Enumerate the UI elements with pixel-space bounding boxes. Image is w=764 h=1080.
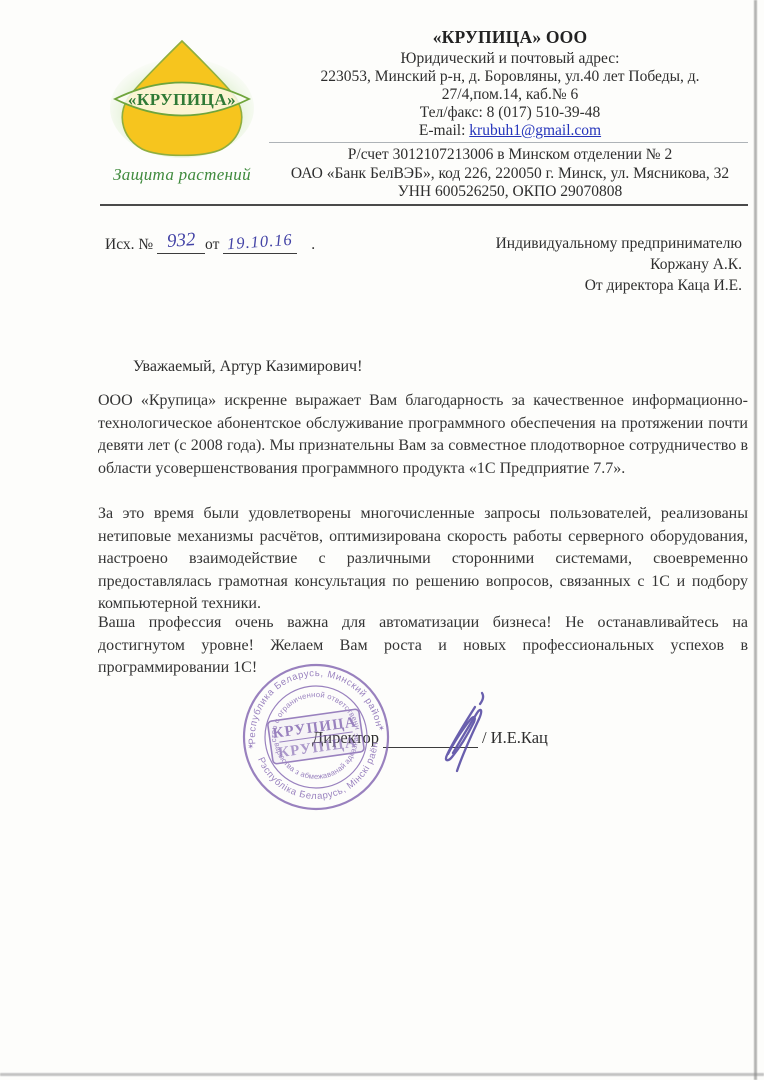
letterhead-contacts: «КРУПИЦА» ООО Юридический и почтовый адр… [272, 27, 748, 140]
ref-ot: от [205, 236, 219, 253]
company-stamp: Республика Беларусь, Минский район Рэспу… [233, 654, 399, 820]
scanned-letter-page: { "letterhead": { "logo_name": "«КРУПИЦА… [0, 0, 764, 1080]
salutation: Уважаемый, Артур Казимирович! [100, 358, 748, 376]
address-line-2: 27/4,пом.14, каб.№ 6 [272, 86, 748, 104]
body-paragraph-2: За это время были удовлетворены многочис… [98, 503, 748, 616]
company-logo: «КРУПИЦА» Защита растений [106, 36, 258, 185]
email-link[interactable]: krubuh1@gmail.com [469, 122, 601, 139]
stamp-star-right-icon: ✶ [377, 723, 385, 733]
recipient-line-2: Коржану А.К. [496, 254, 742, 275]
body-paragraph-3: Ваша профессия очень важна для автоматиз… [98, 612, 748, 680]
email-line: E-mail: krubuh1@gmail.com [272, 122, 748, 140]
header-divider-thin [269, 142, 748, 143]
ref-period: . [311, 236, 315, 253]
recipient-line-1: Индивидуальному предпринимателю [496, 233, 742, 254]
logo-wordmark: «КРУПИЦА» [128, 90, 236, 109]
header-divider-bold [100, 204, 748, 206]
ref-number-blank: 932 [157, 230, 205, 254]
outgoing-reference-line: Исх. № 932от 19.10.16. [105, 230, 315, 254]
stamp-star-left-icon: ✶ [247, 742, 255, 752]
address-line-1: 223053, Минский р-н, д. Боровляны, ул.40… [272, 68, 748, 86]
bank-name-line: ОАО «Банк БелВЭБ», код 226, 220050 г. Ми… [272, 165, 748, 184]
email-label: E-mail: [419, 122, 469, 139]
recipient-block: Индивидуальному предпринимателю Коржану … [496, 233, 742, 296]
scan-edge-bottom [0, 1073, 764, 1076]
ref-date-blank: 19.10.16 [223, 232, 297, 254]
body-paragraph-1: ООО «Крупица» искренне выражает Вам благ… [98, 390, 748, 480]
ref-prefix: Исх. № [105, 236, 153, 253]
recipient-line-3: От директора Каца И.Е. [496, 275, 742, 296]
logo-tagline: Защита растений [106, 165, 258, 185]
bank-codes-line: УНН 600526250, ОКПО 29070808 [272, 183, 748, 202]
bank-details: Р/счет 3012107213006 в Минском отделении… [272, 146, 748, 202]
company-title: «КРУПИЦА» ООО [272, 27, 748, 48]
scan-edge-right [754, 0, 757, 1080]
ref-date-handwritten: 19.10.16 [227, 230, 294, 255]
phone-line: Тел/факс: 8 (017) 510-39-48 [272, 104, 748, 122]
handwritten-signature [420, 683, 510, 778]
ref-number-handwritten: 932 [166, 229, 196, 253]
krupitsa-logo-icon: «КРУПИЦА» [109, 36, 255, 158]
address-label: Юридический и почтовый адрес: [272, 50, 748, 68]
bank-account-line: Р/счет 3012107213006 в Минском отделении… [272, 146, 748, 165]
